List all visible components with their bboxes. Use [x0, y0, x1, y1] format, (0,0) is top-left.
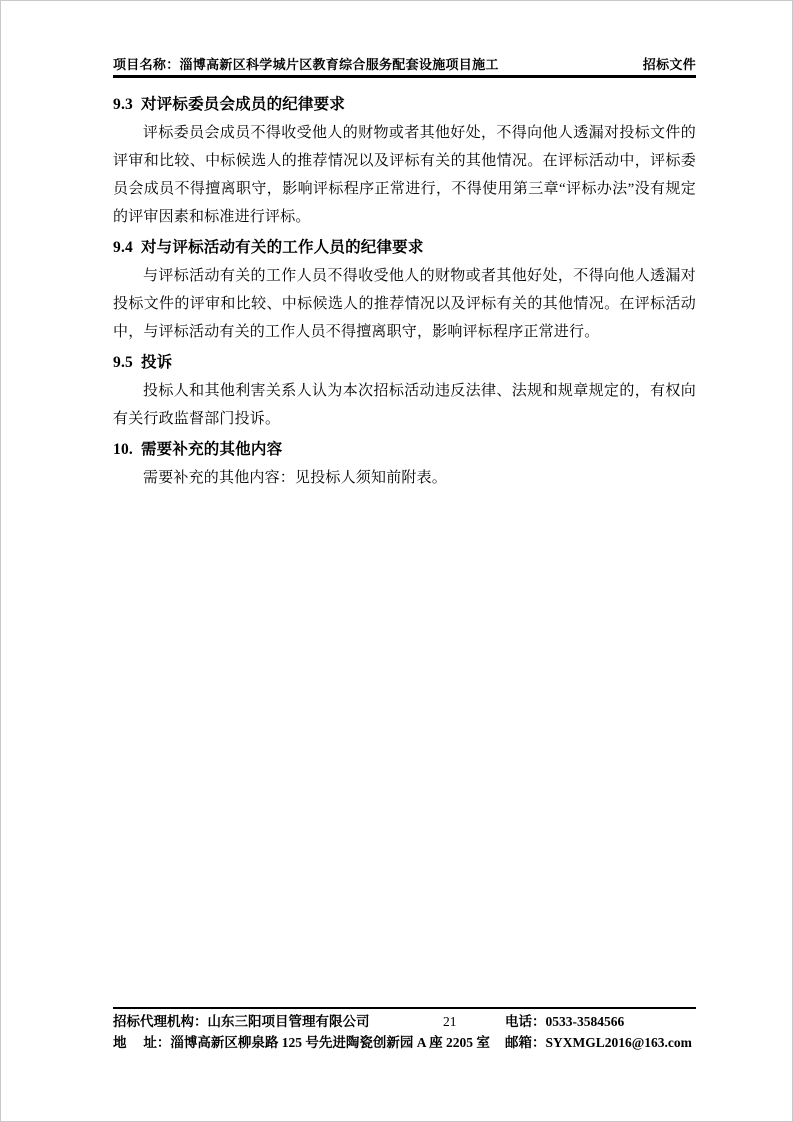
section-heading: 10.需要补充的其他内容: [113, 438, 696, 461]
section-number: 10.: [113, 441, 133, 458]
footer-email: 邮箱：SYXMGL2016@163.com: [505, 1032, 692, 1053]
footer-phone-label: 电话：: [505, 1014, 546, 1029]
section-paragraph: 投标人和其他利害关系人认为本次招标活动违反法律、法规和规章规定的，有权向有关行政…: [113, 377, 696, 433]
footer-agency: 招标代理机构：山东三阳项目管理有限公司: [113, 1014, 370, 1029]
section-title: 对与评标活动有关的工作人员的纪律要求: [141, 239, 424, 256]
section-number: 9.5: [113, 354, 133, 371]
footer-address: 地 址：淄博高新区柳泉路 125 号先进陶瓷创新园 A 座 2205 室: [113, 1035, 490, 1050]
document-body: 9.3对评标委员会成员的纪律要求 评标委员会成员不得收受他人的财物或者其他好处，…: [113, 93, 696, 492]
footer-phone: 电话：0533-3584566: [505, 1011, 624, 1032]
section-9-5: 9.5投诉 投标人和其他利害关系人认为本次招标活动违反法律、法规和规章规定的，有…: [113, 351, 696, 433]
section-9-4: 9.4对与评标活动有关的工作人员的纪律要求 与评标活动有关的工作人员不得收受他人…: [113, 236, 696, 346]
section-title: 投诉: [141, 354, 172, 371]
section-title: 需要补充的其他内容: [141, 441, 282, 458]
footer-address-label: 地 址：: [113, 1035, 170, 1050]
footer-email-value: SYXMGL2016@163.com: [546, 1035, 692, 1050]
section-number: 9.4: [113, 239, 133, 256]
footer-rule: [113, 1007, 696, 1009]
section-heading: 9.5投诉: [113, 351, 696, 374]
section-paragraph: 评标委员会成员不得收受他人的财物或者其他好处，不得向他人透漏对投标文件的评审和比…: [113, 119, 696, 231]
header-doc-type: 招标文件: [643, 54, 696, 73]
footer-row-1: 招标代理机构：山东三阳项目管理有限公司 21 电话：0533-3584566: [113, 1011, 696, 1032]
page-footer: 招标代理机构：山东三阳项目管理有限公司 21 电话：0533-3584566 地…: [113, 1011, 696, 1053]
footer-address-value: 淄博高新区柳泉路 125 号先进陶瓷创新园 A 座 2205 室: [170, 1035, 490, 1050]
footer-row-2: 地 址：淄博高新区柳泉路 125 号先进陶瓷创新园 A 座 2205 室 邮箱：…: [113, 1032, 696, 1053]
header-double-rule: [113, 75, 696, 78]
page-number: 21: [443, 1011, 457, 1032]
header-project-name: 项目名称：淄博高新区科学城片区教育综合服务配套设施项目施工: [113, 54, 499, 73]
document-page: 项目名称：淄博高新区科学城片区教育综合服务配套设施项目施工 招标文件 9.3对评…: [0, 0, 793, 1122]
page-header: 项目名称：淄博高新区科学城片区教育综合服务配套设施项目施工 招标文件: [113, 54, 696, 73]
section-heading: 9.3对评标委员会成员的纪律要求: [113, 93, 696, 116]
footer-agency-label: 招标代理机构：: [113, 1014, 208, 1029]
footer-agency-value: 山东三阳项目管理有限公司: [208, 1014, 370, 1029]
section-9-3: 9.3对评标委员会成员的纪律要求 评标委员会成员不得收受他人的财物或者其他好处，…: [113, 93, 696, 231]
footer-email-label: 邮箱：: [505, 1035, 546, 1050]
section-paragraph: 需要补充的其他内容：见投标人须知前附表。: [113, 464, 696, 492]
section-paragraph: 与评标活动有关的工作人员不得收受他人的财物或者其他好处，不得向他人透漏对投标文件…: [113, 262, 696, 346]
footer-phone-value: 0533-3584566: [546, 1014, 625, 1029]
section-title: 对评标委员会成员的纪律要求: [141, 96, 345, 113]
section-10: 10.需要补充的其他内容 需要补充的其他内容：见投标人须知前附表。: [113, 438, 696, 492]
section-number: 9.3: [113, 96, 133, 113]
section-heading: 9.4对与评标活动有关的工作人员的纪律要求: [113, 236, 696, 259]
